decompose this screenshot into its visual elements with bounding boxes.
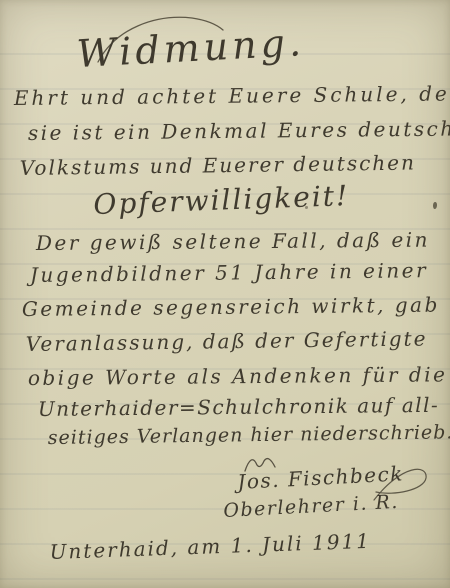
manuscript-line: obige Worte als Andenken für die (28, 362, 448, 390)
manuscript-line: Ehrt und achtet Euere Schule, denn (14, 81, 450, 110)
page-title: Widmung. (76, 20, 306, 76)
manuscript-line: seitiges Verlangen hier niederschrieb. (48, 421, 450, 449)
signature-role: Oberlehrer i. R. (223, 491, 399, 522)
ink-speck (433, 202, 437, 209)
signature-name: Jos. Fischbeck (237, 461, 405, 494)
dateline: Unterhaid, am 1. Juli 1911 (49, 529, 371, 564)
manuscript-line: Volkstums und Euerer deutschen (20, 150, 416, 180)
emphasis-line: Opferwilligkeit! (93, 179, 350, 221)
manuscript-line: Veranlassung, daß der Gefertigte (26, 326, 428, 356)
manuscript-line: Unterhaider=Schulchronik auf all- (38, 393, 440, 421)
manuscript-line: Jugendbildner 51 Jahre in einer (30, 258, 429, 287)
manuscript-line: Gemeinde segensreich wirkt, gab (22, 293, 440, 321)
manuscript-line: Der gewiß seltene Fall, daß ein (36, 228, 430, 255)
manuscript-page: Widmung. Ehrt und achtet Euere Schule, d… (0, 0, 450, 588)
manuscript-line: sie ist ein Denkmal Eures deutschen (28, 116, 450, 145)
